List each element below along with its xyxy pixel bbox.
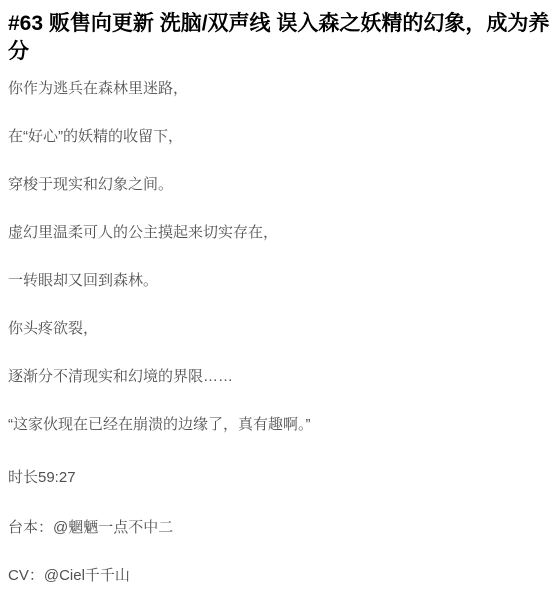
- paragraph-quote: “这家伙现在已经在崩溃的边缘了，真有趣啊。”: [8, 416, 550, 433]
- cv-credit: CV：@Ciel千千山: [8, 567, 550, 584]
- paragraph: 虚幻里温柔可人的公主摸起来切实存在，: [8, 224, 550, 241]
- post-title: #63 贩售向更新 洗脑/双声线 误入森之妖精的幻象，成为养分: [8, 10, 550, 66]
- paragraph: 你作为逃兵在森林里迷路，: [8, 80, 550, 97]
- duration-text: 时长59:27: [8, 469, 550, 486]
- paragraph: 一转眼却又回到森林。: [8, 272, 550, 289]
- post-description: #63 贩售向更新 洗脑/双声线 误入森之妖精的幻象，成为养分 你作为逃兵在森林…: [0, 0, 558, 584]
- script-credit: 台本：@魍魉一点不中二: [8, 519, 550, 536]
- paragraph: 逐渐分不清现实和幻境的界限……: [8, 368, 550, 385]
- paragraph: 在“好心”的妖精的收留下，: [8, 128, 550, 145]
- paragraph: 穿梭于现实和幻象之间。: [8, 176, 550, 193]
- paragraph: 你头疼欲裂，: [8, 320, 550, 337]
